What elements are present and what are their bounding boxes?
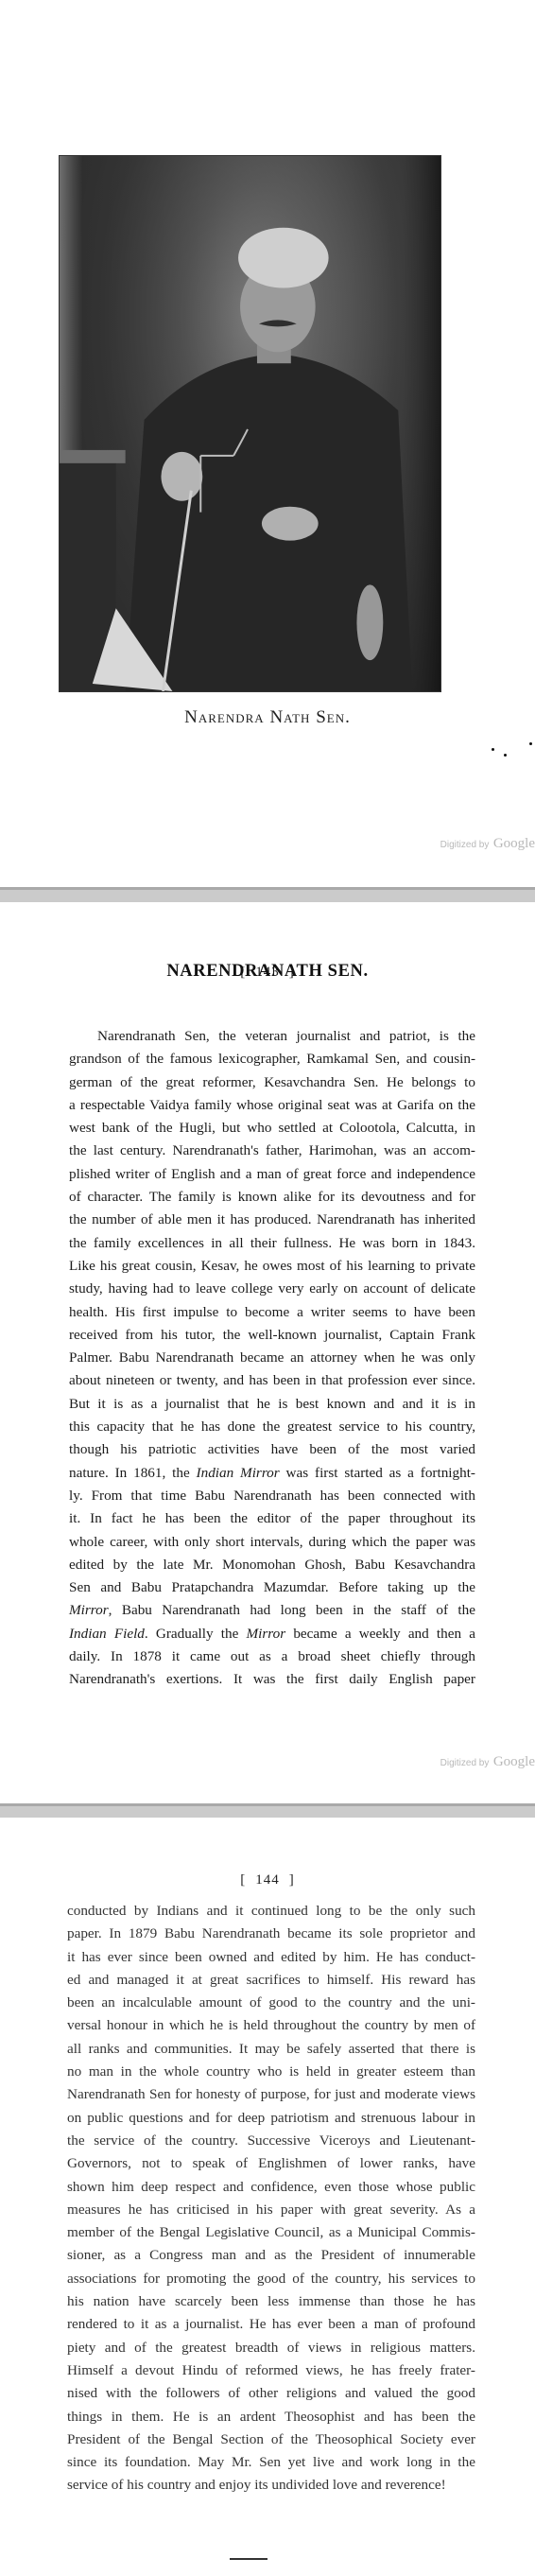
- bracket-right: ]: [289, 1872, 295, 1888]
- bracket-left: [: [240, 1872, 246, 1888]
- text-line: things in them. He is an ardent Theosoph…: [67, 2406, 475, 2428]
- text-line: it. In fact he has been the editor of th…: [69, 1507, 475, 1530]
- text-line: about nineteen or twenty, and has been i…: [69, 1369, 475, 1392]
- watermark-brand: Google: [493, 1754, 535, 1769]
- text-line: Narendranath Sen for honesty of purpose,…: [67, 2083, 475, 2106]
- text-line: Himself a devout Hindu of reformed views…: [67, 2359, 475, 2382]
- google-watermark: Digitized by Google: [440, 835, 535, 852]
- text-line: nised with the followers of other religi…: [67, 2382, 475, 2405]
- text-line: rendered to it as a journalist. He has e…: [67, 2313, 475, 2336]
- text-line: conducted by Indians and it continued lo…: [67, 1900, 475, 1923]
- text-line: Governors, not to speak of Englishmen of…: [67, 2152, 475, 2175]
- body-text: conducted by Indians and it continued lo…: [67, 1900, 475, 2498]
- text-line: all ranks and communities. It may be saf…: [67, 2038, 475, 2061]
- text-line: plished writer of English and a man of g…: [69, 1163, 475, 1186]
- text-line: no man in the whole country who is held …: [67, 2061, 475, 2083]
- text-line: since its foundation. May Mr. Sen yet li…: [67, 2451, 475, 2474]
- portrait-figure-icon: [60, 156, 440, 691]
- end-rule-divider: [230, 2558, 267, 2560]
- page-144: [144] conducted by Indians and it contin…: [0, 1818, 535, 2576]
- text-line: nature. In 1861, the Indian Mirror was f…: [69, 1462, 475, 1485]
- photo-caption: Narendra Nath Sen.: [0, 707, 535, 728]
- text-line: this capacity that he has done the great…: [69, 1416, 475, 1438]
- page-separator: [0, 887, 535, 902]
- text-run: was first started as a fortnight-: [280, 1465, 475, 1481]
- italic-title: Indian Field: [69, 1626, 145, 1642]
- text-line: ed and managed it at great sacrifices to…: [67, 1969, 475, 1992]
- text-line: Like his great cousin, Kesav, he owes mo…: [69, 1255, 475, 1278]
- text-line: Sen and Babu Pratapchandra Mazumdar. Bef…: [69, 1576, 475, 1599]
- text-line: Indian Field. Gradually the Mirror becam…: [69, 1623, 475, 1645]
- italic-title: Mirror: [247, 1626, 286, 1642]
- text-line: But it is as a journalist that he is bes…: [69, 1393, 475, 1416]
- text-line: ly. From that time Babu Narendranath has…: [69, 1485, 475, 1507]
- text-line: a respectable Vaidya family whose origin…: [69, 1094, 475, 1117]
- text-line: of character. The family is known alike …: [69, 1186, 475, 1209]
- text-line: President of the Bengal Section of the T…: [67, 2428, 475, 2451]
- text-line: Narendranath Sen, the veteran journalist…: [69, 1025, 475, 1048]
- text-line: service of his country and enjoy its und…: [67, 2474, 475, 2497]
- italic-title: Mirror: [69, 1602, 109, 1618]
- text-line: study, having had to leave college very …: [69, 1278, 475, 1300]
- text-line: daily. In 1878 it came out as a broad sh…: [69, 1645, 475, 1668]
- text-run: , Babu Narendranath had long been in the…: [109, 1602, 475, 1618]
- text-run: . Gradually the: [145, 1626, 247, 1642]
- text-line: associations for promoting the good of t…: [67, 2268, 475, 2290]
- text-line: the service of the country. Successive V…: [67, 2130, 475, 2152]
- text-line: grandson of the famous lexicographer, Ra…: [69, 1048, 475, 1070]
- text-line: edited by the late Mr. Monomohan Ghosh, …: [69, 1554, 475, 1576]
- text-line: versal honour in which he is held throug…: [67, 2014, 475, 2037]
- text-line: member of the Bengal Legislative Council…: [67, 2221, 475, 2244]
- watermark-prefix: Digitized by: [440, 1758, 490, 1768]
- page-separator: [0, 1803, 535, 1818]
- text-line: measures he has criticised in his paper …: [67, 2199, 475, 2221]
- text-line: paper. In 1879 Babu Narendranath became …: [67, 1923, 475, 1945]
- body-text: Narendranath Sen, the veteran journalist…: [69, 1025, 475, 1692]
- chapter-title: NARENDRANATH SEN.: [0, 962, 535, 982]
- text-line: received from his tutor, the well-known …: [69, 1324, 475, 1347]
- text-line: piety and of the greatest breadth of vie…: [67, 2337, 475, 2359]
- watermark-prefix: Digitized by: [440, 840, 490, 850]
- text-line: Palmer. Babu Narendranath became an atto…: [69, 1347, 475, 1369]
- text-line: though his patriotic activities have bee…: [69, 1438, 475, 1461]
- text-run: nature. In 1861, the: [69, 1465, 197, 1481]
- text-line: the number of able men it has produced. …: [69, 1209, 475, 1231]
- text-line: on public questions and for deep patriot…: [67, 2107, 475, 2130]
- text-line: Narendranath's exertions. It was the fir…: [69, 1668, 475, 1691]
- text-run: became a weekly and then a: [285, 1626, 475, 1642]
- text-line: it has ever since been owned and edited …: [67, 1946, 475, 1969]
- italic-title: Indian Mirror: [197, 1465, 280, 1481]
- text-line: the last century. Narendranath's father,…: [69, 1140, 475, 1162]
- text-line: the family excellences in all their full…: [69, 1232, 475, 1255]
- text-line: his nation have scarcely been less immen…: [67, 2290, 475, 2313]
- google-watermark: Digitized by Google: [440, 1753, 535, 1770]
- text-line: sioner, as a Congress man and as the Pre…: [67, 2244, 475, 2267]
- page-number: [144]: [0, 1872, 535, 1888]
- text-line: west bank of the Hugli, but who settled …: [69, 1117, 475, 1140]
- portrait-photo: [59, 155, 441, 692]
- text-line: whole career, with only short intervals,…: [69, 1531, 475, 1554]
- scan-specks: [492, 742, 535, 761]
- page-number-value: 144: [255, 1872, 280, 1888]
- text-line: health. His first impulse to become a wr…: [69, 1301, 475, 1324]
- text-line: been an incalculable amount of good to t…: [67, 1992, 475, 2014]
- page-143: [143] NARENDRANATH SEN. Narendranath Sen…: [0, 902, 535, 1803]
- text-line: Mirror, Babu Narendranath had long been …: [69, 1599, 475, 1622]
- plate-page: Narendra Nath Sen. Digitized by Google: [0, 0, 535, 887]
- text-line: shown him deep respect and confidence, e…: [67, 2176, 475, 2199]
- watermark-brand: Google: [493, 836, 535, 851]
- text-line: german of the great reformer, Kesavchand…: [69, 1071, 475, 1094]
